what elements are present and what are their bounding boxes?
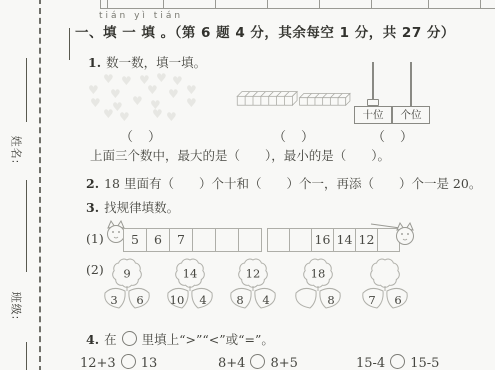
left-operand: 12+3	[80, 356, 116, 370]
leaf-right-value: 4	[199, 293, 206, 307]
heart-icon: ♥	[168, 88, 179, 100]
q3-label: 3.找规律填数。	[86, 198, 179, 216]
flower-figure: 188	[290, 257, 346, 323]
heart-icon: ♥	[186, 97, 197, 109]
tens-label: 十位	[354, 106, 392, 124]
section-pinyin: tián yì tián	[99, 11, 183, 21]
worksheet-page: 姓名: 班级: tián yì tián 一、填 一 填 。（第 6 题 4 分…	[0, 0, 495, 370]
section-title: 一、填 一 填 。（第 6 题 4 分，其余每空 1 分，共 27 分）	[75, 21, 455, 41]
column-divider	[215, 0, 216, 8]
column-divider	[428, 0, 429, 8]
q2-label: 2.18 里面有（ ）个十和（ ）个一，再添（ ）个一是 20。	[86, 174, 481, 192]
column-divider	[267, 0, 268, 8]
q1-abacus-answer: （ ）	[372, 126, 414, 145]
cat-fishing-icon	[370, 219, 418, 247]
heart-icon: ♥	[90, 97, 101, 109]
number-box	[215, 228, 239, 252]
q1-label: 1.数一数，填一填。	[88, 53, 206, 71]
flower-top-value: 14	[183, 267, 198, 281]
name-underline	[26, 58, 27, 122]
leaf-right-value: 6	[394, 293, 401, 307]
left-operand: 15-4	[356, 356, 385, 370]
q3-item1-label: (1)	[86, 231, 104, 246]
right-operand: 15-5	[410, 356, 439, 370]
heart-icon: ♥	[121, 75, 132, 87]
heart-icon: ♥	[119, 111, 130, 123]
flower-top-value: 12	[246, 267, 261, 281]
number-box: 5	[123, 228, 147, 252]
heart-icon: ♥	[110, 88, 121, 100]
expressions-row: 12+3138+48+515-415-5	[0, 354, 495, 370]
comparison-circle	[122, 331, 137, 346]
column-divider	[107, 0, 108, 8]
score-table	[100, 0, 495, 9]
flower-top-value: 18	[311, 267, 326, 281]
column-divider	[371, 0, 372, 8]
comparison-expression: 12+313	[80, 354, 157, 370]
number-box	[267, 228, 290, 252]
heart-icon: ♥	[103, 73, 114, 85]
q4-label: 4.在里填上“>”“<”或“=”。	[86, 330, 274, 348]
heart-icon: ♥	[152, 108, 163, 120]
flower-figure: 936	[99, 257, 155, 323]
hearts-figure: ♥♥♥♥♥♥♥♥♥♥♥♥♥♥♥♥♥♥♥	[78, 70, 208, 120]
leaf-left-value: 3	[110, 293, 117, 307]
heart-icon: ♥	[103, 108, 114, 120]
ones-rod	[410, 62, 412, 106]
heart-icon: ♥	[186, 84, 197, 96]
comparison-circle	[121, 354, 136, 369]
right-operand: 8+5	[270, 356, 297, 370]
name-label: 姓名:	[8, 136, 24, 165]
leaf-right-value: 6	[136, 293, 143, 307]
number-box	[289, 228, 312, 252]
q4-number: 4.	[86, 332, 99, 347]
flowers-row: 93614104128418876	[0, 257, 495, 323]
heart-icon: ♥	[147, 84, 158, 96]
number-box	[192, 228, 216, 252]
q1-hearts-answer: （ ）	[120, 126, 162, 145]
comparison-circle	[250, 354, 265, 369]
heart-icon: ♥	[172, 75, 183, 87]
leaf-right-value: 8	[327, 293, 334, 307]
comparison-circle	[390, 354, 405, 369]
cubes-figure	[236, 86, 351, 116]
ones-label: 个位	[392, 106, 430, 124]
number-box: 7	[169, 228, 193, 252]
column-divider	[319, 0, 320, 8]
heart-icon: ♥	[88, 84, 99, 96]
number-box	[238, 228, 262, 252]
leaf-left-value: 7	[368, 293, 375, 307]
flower-top-value: 9	[123, 267, 130, 281]
number-box: 6	[146, 228, 170, 252]
flower-figure: 1284	[225, 257, 281, 323]
abacus-bead	[367, 99, 379, 106]
q1-number: 1.	[88, 55, 101, 70]
comparison-expression: 8+48+5	[218, 354, 298, 370]
comparison-expression: 15-415-5	[356, 354, 439, 370]
column-divider	[480, 0, 481, 8]
q3-number: 3.	[86, 200, 99, 215]
leaf-right-value: 4	[262, 293, 269, 307]
flower-figure: 76	[357, 257, 413, 323]
fold-line	[69, 28, 70, 60]
q1-compare-line: 上面三个数中，最大的是（ ），最小的是（ ）。	[90, 146, 390, 164]
abacus-figure: 十位 个位	[352, 60, 438, 124]
flower-figure: 14104	[162, 257, 218, 323]
sequence-a: 567	[124, 228, 262, 252]
leaf-left-value: 8	[236, 293, 243, 307]
number-box: 16	[311, 228, 334, 252]
heart-icon: ♥	[166, 111, 177, 123]
left-operand: 8+4	[218, 356, 245, 370]
number-box: 14	[333, 228, 356, 252]
column-divider	[100, 0, 101, 8]
heart-icon: ♥	[132, 95, 143, 107]
q2-number: 2.	[86, 176, 99, 191]
column-divider	[163, 0, 164, 8]
q1-cubes-answer: （ ）	[273, 126, 315, 145]
leaf-left-value: 10	[170, 293, 185, 307]
right-operand: 13	[141, 356, 158, 370]
